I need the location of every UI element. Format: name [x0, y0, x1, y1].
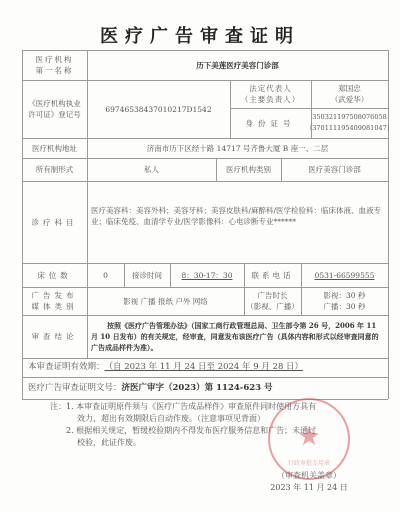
ownership-value: 私人 [87, 158, 216, 181]
stamp-date: 2023 年 11 月 24 日 [262, 482, 356, 493]
phone-label: 联系电话 [244, 263, 301, 287]
media-value: 影视 广播 报纸 户外 网络 [87, 287, 244, 315]
org-type-value: 医疗美容门诊部 [281, 158, 388, 181]
media-label: 广告发布 媒体类别 [22, 287, 87, 315]
legal-rep-value: 郑国忠 （武爱华） [311, 80, 388, 108]
validity-label: 本审查证明有效期： [28, 362, 105, 373]
note-1b: 效力，超出有效期限后自动作废。（注意事项见背面） [77, 413, 265, 425]
license-label: 《医疗机构执业 许可证》登记号 [22, 80, 87, 138]
hours-label: 接诊时间 [124, 263, 170, 287]
conclusion-value: 按照《医疗广告管理办法》（国家工商行政管理总局、卫生部令第 26 号，2006 … [91, 315, 385, 358]
address-value: 济南市历下区经十路 14717 号齐鲁大厦 B 座一、二层 [87, 138, 388, 158]
beds-label: 床位数 [22, 263, 87, 287]
address-label: 医疗机构地址 [22, 138, 87, 158]
legal-rep-label: 法定代表人 （主要负责人） [230, 80, 311, 108]
id-label: 身份证号 [230, 108, 311, 138]
official-stamp: ★ 行政审批专用章 [268, 398, 350, 480]
beds-value: 0 [87, 263, 124, 287]
ownership-label: 所有制形式 [22, 158, 87, 181]
cert-no-row: 医疗广告审查证明文号： 济医广审字（2023）第 1124-623 号 [28, 377, 388, 399]
stamp-caption: （审查机关盖章） [268, 470, 350, 481]
validity-row: 本审查证明有效期： （自 2023 年 11 月 24 日至 2024 年 9 … [28, 358, 388, 377]
note-1a: 注：1. 本审查证明原件须与《医疗广告成品样件》审查原件同时使用方具有 [50, 401, 316, 413]
departments-value: 医疗美容科：美容外科；美容牙科；美容皮肤科/麻醉科/医学检验科：临床体液、血液专… [91, 205, 383, 229]
validity-value: （自 2023 年 11 月 24 日至 2024 年 9 月 28 日） [105, 362, 304, 373]
document-title: 医疗广告审查证明 [0, 22, 400, 48]
id-value: 350321197508076058 （370111195409081047） [311, 108, 388, 138]
cert-no-value: 济医广审字（2023）第 1124-623 号 [122, 383, 273, 394]
license-value: 69746538437010217D1542 [87, 80, 230, 138]
hours-value: 8：30-17：30 [170, 263, 244, 287]
note-2b: 校验，此证作废。 [77, 437, 141, 449]
duration-value: 影视：30 秒 广播：30 秒 [301, 287, 388, 315]
conclusion-label: 审查结论 [22, 315, 87, 358]
org-name-label: 医疗机构 第一名称 [22, 50, 87, 80]
departments-label: 诊疗科目 [22, 181, 87, 263]
phone-value: 0531-66599555 [301, 263, 388, 287]
duration-label: 广告时长 （影视、广播） [244, 287, 301, 315]
cert-no-label: 医疗广告审查证明文号： [28, 383, 122, 394]
org-name-value: 历下美莲医疗美容门诊部 [87, 50, 388, 80]
org-type-label: 医疗机构类别 [216, 158, 281, 181]
star-icon: ★ [270, 422, 348, 452]
stamp-text: 行政审批专用章 [270, 458, 348, 467]
